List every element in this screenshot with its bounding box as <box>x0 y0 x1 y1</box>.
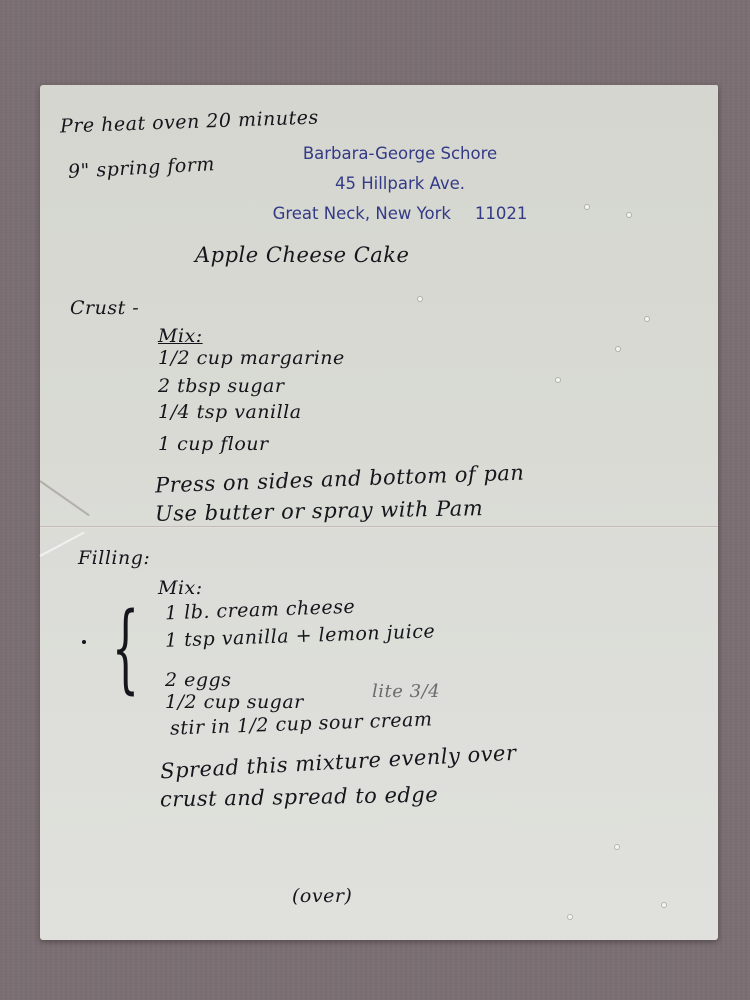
brace-symbol: { <box>112 600 139 696</box>
crust-ingredient: 1/2 cup margarine <box>158 347 345 369</box>
filling-ingredient: 1 lb. cream cheese <box>165 596 356 625</box>
letterhead-street: 45 Hillpark Ave. <box>240 169 560 199</box>
letterhead-city: Great Neck, New York <box>273 204 451 223</box>
recipe-title: Apple Cheese Cake <box>195 243 409 267</box>
paper-fold-line <box>40 526 718 528</box>
crust-instruction: Use butter or spray with Pam <box>155 496 484 526</box>
paper-pinhole <box>556 378 560 382</box>
filling-ingredient: 1/2 cup sugar <box>165 691 304 713</box>
letterhead-name: Barbara-George Schore <box>240 139 560 169</box>
filling-mix-label: Mix: <box>158 577 203 599</box>
crust-ingredient: 1/4 tsp vanilla <box>158 401 302 423</box>
bullet-dot <box>82 640 86 644</box>
filling-instruction: crust and spread to edge <box>160 783 439 812</box>
letterhead: Barbara-George Schore 45 Hillpark Ave. G… <box>240 139 560 229</box>
paper-crease <box>39 480 89 516</box>
note-preheat: Pre heat oven 20 minutes <box>60 106 319 137</box>
paper-pinhole <box>585 205 589 209</box>
note-springform: 9" spring form <box>68 153 216 183</box>
paper-pinhole <box>645 317 649 321</box>
filling-stir: stir in 1/2 cup sour cream <box>170 708 433 739</box>
crust-ingredient: 2 tbsp sugar <box>158 375 284 397</box>
paper-pinhole <box>616 347 620 351</box>
recipe-letter-paper: Barbara-George Schore 45 Hillpark Ave. G… <box>40 85 718 940</box>
filling-instruction: Spread this mixture evenly over <box>160 741 517 784</box>
paper-pinhole <box>615 845 619 849</box>
paper-pinhole <box>627 213 631 217</box>
crust-ingredient: 1 cup flour <box>158 433 269 455</box>
crust-instruction: Press on sides and bottom of pan <box>155 461 525 498</box>
filling-heading: Filling: <box>78 547 150 569</box>
letterhead-city-line: Great Neck, New York11021 <box>240 199 560 229</box>
crust-heading: Crust - <box>70 297 139 319</box>
filling-ingredient: 2 eggs <box>165 669 231 691</box>
paper-pinhole <box>568 915 572 919</box>
filling-ingredient: 1 tsp vanilla + lemon juice <box>165 620 436 651</box>
over-note: (over) <box>292 885 352 907</box>
letterhead-zip: 11021 <box>475 204 528 223</box>
paper-pinhole <box>418 297 422 301</box>
paper-pinhole <box>662 903 666 907</box>
pencil-annotation: lite 3/4 <box>372 681 440 702</box>
crust-mix-label: Mix: <box>158 325 203 347</box>
